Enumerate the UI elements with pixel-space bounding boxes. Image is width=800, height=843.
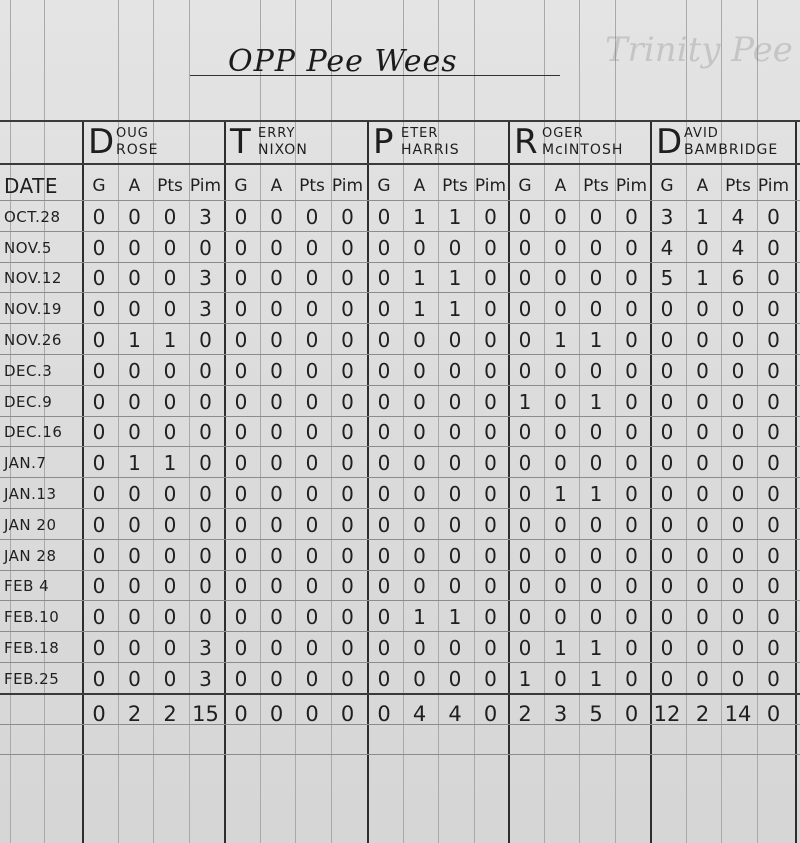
stat-cell: 0 bbox=[650, 294, 684, 324]
column-divider bbox=[795, 120, 797, 843]
stat-cell: 0 bbox=[403, 356, 437, 386]
name-initial: D bbox=[656, 124, 682, 160]
stat-cell: 0 bbox=[403, 387, 437, 417]
stat-cell: 0 bbox=[650, 448, 684, 478]
stat-cell: 0 bbox=[757, 387, 791, 417]
game-date: FEB.25 bbox=[4, 664, 82, 694]
stat-cell: 0 bbox=[508, 510, 542, 540]
stat-cell: 0 bbox=[544, 602, 578, 632]
stat-cell: 0 bbox=[295, 479, 329, 509]
stat-cell: 0 bbox=[331, 387, 365, 417]
stat-cell: 0 bbox=[650, 387, 684, 417]
season-total: 0 bbox=[82, 699, 116, 729]
stat-cell: 0 bbox=[224, 633, 258, 663]
stat-cell: 0 bbox=[331, 325, 365, 355]
stat-cell: 3 bbox=[189, 202, 223, 232]
stat-cell: 0 bbox=[508, 541, 542, 571]
stat-cell: 0 bbox=[757, 571, 791, 601]
stat-cell: 0 bbox=[189, 387, 223, 417]
stat-cell: 0 bbox=[544, 202, 578, 232]
season-total: 15 bbox=[189, 699, 223, 729]
stat-cell: 0 bbox=[260, 448, 294, 478]
stat-header-a: A bbox=[260, 171, 294, 201]
stat-cell: 1 bbox=[438, 263, 472, 293]
stat-cell: 0 bbox=[474, 263, 508, 293]
name-line-1: OGER bbox=[542, 126, 584, 141]
stat-cell: 0 bbox=[508, 294, 542, 324]
stat-cell: 0 bbox=[224, 510, 258, 540]
stat-cell: 0 bbox=[544, 510, 578, 540]
stat-header-g: G bbox=[650, 171, 684, 201]
game-date: DEC.16 bbox=[4, 417, 82, 447]
stat-cell: 0 bbox=[153, 263, 187, 293]
stat-cell: 0 bbox=[438, 417, 472, 447]
stat-cell: 0 bbox=[331, 664, 365, 694]
stat-cell: 1 bbox=[118, 325, 152, 355]
stat-cell: 0 bbox=[189, 356, 223, 386]
season-total: 0 bbox=[295, 699, 329, 729]
stat-cell: 0 bbox=[189, 510, 223, 540]
stat-cell: 0 bbox=[153, 571, 187, 601]
stat-cell: 0 bbox=[508, 202, 542, 232]
stat-cell: 0 bbox=[82, 510, 116, 540]
stat-cell: 0 bbox=[721, 294, 755, 324]
stat-cell: 1 bbox=[544, 633, 578, 663]
stat-cell: 0 bbox=[403, 325, 437, 355]
stat-cell: 0 bbox=[403, 664, 437, 694]
stat-cell: 0 bbox=[474, 448, 508, 478]
stat-cell: 0 bbox=[331, 202, 365, 232]
player-name-peter-harris: PETERHARRIS bbox=[367, 124, 509, 162]
stat-cell: 0 bbox=[403, 417, 437, 447]
stat-cell: 0 bbox=[615, 294, 649, 324]
stat-cell: 0 bbox=[367, 325, 401, 355]
stat-cell: 0 bbox=[615, 571, 649, 601]
stat-cell: 0 bbox=[615, 202, 649, 232]
stat-cell: 0 bbox=[118, 571, 152, 601]
stat-cell: 0 bbox=[757, 233, 791, 263]
season-total: 2 bbox=[686, 699, 720, 729]
stat-cell: 0 bbox=[686, 387, 720, 417]
stat-cell: 0 bbox=[721, 510, 755, 540]
stat-cell: 0 bbox=[686, 479, 720, 509]
stat-cell: 0 bbox=[260, 479, 294, 509]
stat-cell: 0 bbox=[438, 571, 472, 601]
stat-cell: 0 bbox=[615, 387, 649, 417]
stat-cell: 0 bbox=[118, 417, 152, 447]
season-total: 0 bbox=[260, 699, 294, 729]
stat-header-g: G bbox=[367, 171, 401, 201]
stat-cell: 0 bbox=[260, 325, 294, 355]
stat-cell: 0 bbox=[224, 325, 258, 355]
season-total: 0 bbox=[224, 699, 258, 729]
name-line-2: HARRIS bbox=[401, 142, 460, 158]
season-total: 0 bbox=[331, 699, 365, 729]
stat-cell: 0 bbox=[438, 325, 472, 355]
stat-cell: 0 bbox=[82, 387, 116, 417]
stat-cell: 0 bbox=[367, 417, 401, 447]
stat-cell: 0 bbox=[260, 202, 294, 232]
stat-cell: 0 bbox=[295, 448, 329, 478]
stat-cell: 0 bbox=[331, 448, 365, 478]
season-total: 2 bbox=[153, 699, 187, 729]
stat-cell: 0 bbox=[153, 387, 187, 417]
stat-cell: 0 bbox=[367, 510, 401, 540]
stat-cell: 0 bbox=[82, 325, 116, 355]
stat-cell: 0 bbox=[189, 233, 223, 263]
stat-cell: 0 bbox=[295, 602, 329, 632]
stat-header-pim: Pim bbox=[189, 171, 223, 201]
stat-cell: 0 bbox=[367, 294, 401, 324]
game-date: FEB.10 bbox=[4, 602, 82, 632]
stat-cell: 0 bbox=[757, 325, 791, 355]
stat-cell: 0 bbox=[118, 541, 152, 571]
stat-cell: 3 bbox=[189, 263, 223, 293]
stat-cell: 0 bbox=[403, 510, 437, 540]
player-name-roger-mcintosh: ROGERMcINTOSH bbox=[508, 124, 650, 162]
stat-cell: 0 bbox=[331, 541, 365, 571]
stat-cell: 1 bbox=[403, 202, 437, 232]
stat-cell: 0 bbox=[118, 633, 152, 663]
name-line-2: ROSE bbox=[116, 142, 158, 158]
stat-cell: 0 bbox=[757, 633, 791, 663]
game-date: DEC.9 bbox=[4, 387, 82, 417]
stat-cell: 0 bbox=[615, 664, 649, 694]
stat-header-pim: Pim bbox=[615, 171, 649, 201]
name-line-1: ERRY bbox=[258, 126, 295, 141]
name-initial: D bbox=[88, 124, 114, 160]
stat-cell: 1 bbox=[579, 664, 613, 694]
stat-cell: 0 bbox=[153, 202, 187, 232]
stat-cell: 0 bbox=[508, 633, 542, 663]
stat-cell: 0 bbox=[82, 233, 116, 263]
stat-cell: 0 bbox=[367, 664, 401, 694]
stat-cell: 0 bbox=[650, 479, 684, 509]
stat-cell: 1 bbox=[579, 387, 613, 417]
stat-cell: 0 bbox=[544, 356, 578, 386]
game-date: OCT.28 bbox=[4, 202, 82, 232]
season-total: 3 bbox=[544, 699, 578, 729]
stat-header-a: A bbox=[686, 171, 720, 201]
stat-cell: 0 bbox=[650, 356, 684, 386]
player-name-terry-nixon: TERRYNIXON bbox=[224, 124, 366, 162]
stat-cell: 0 bbox=[224, 417, 258, 447]
stat-cell: 1 bbox=[686, 202, 720, 232]
game-date: JAN.13 bbox=[4, 479, 82, 509]
bleed-through-text: Trinity Pee bbox=[605, 30, 793, 70]
stat-cell: 1 bbox=[403, 294, 437, 324]
stat-cell: 0 bbox=[224, 294, 258, 324]
stat-cell: 0 bbox=[82, 541, 116, 571]
name-line-1: OUG bbox=[116, 126, 149, 141]
stat-cell: 0 bbox=[260, 664, 294, 694]
stat-cell: 0 bbox=[295, 325, 329, 355]
stat-cell: 0 bbox=[403, 448, 437, 478]
stat-cell: 0 bbox=[474, 294, 508, 324]
stat-header-pim: Pim bbox=[757, 171, 791, 201]
season-total: 12 bbox=[650, 699, 684, 729]
stat-cell: 0 bbox=[650, 541, 684, 571]
stat-cell: 0 bbox=[686, 633, 720, 663]
stat-cell: 0 bbox=[224, 571, 258, 601]
stat-cell: 0 bbox=[153, 510, 187, 540]
stat-header-a: A bbox=[403, 171, 437, 201]
stat-cell: 0 bbox=[508, 263, 542, 293]
stat-cell: 0 bbox=[153, 633, 187, 663]
stat-header-pts: Pts bbox=[438, 171, 472, 201]
stat-cell: 0 bbox=[331, 233, 365, 263]
stat-cell: 0 bbox=[721, 325, 755, 355]
stat-cell: 0 bbox=[260, 602, 294, 632]
stat-header-pts: Pts bbox=[579, 171, 613, 201]
stat-cell: 0 bbox=[544, 417, 578, 447]
stat-cell: 0 bbox=[508, 602, 542, 632]
stat-cell: 6 bbox=[721, 263, 755, 293]
stat-cell: 0 bbox=[721, 541, 755, 571]
game-date: JAN 28 bbox=[4, 541, 82, 571]
stat-cell: 0 bbox=[224, 448, 258, 478]
stat-cell: 0 bbox=[544, 571, 578, 601]
stat-cell: 0 bbox=[153, 541, 187, 571]
stat-cell: 0 bbox=[295, 633, 329, 663]
name-line-2: NIXON bbox=[258, 142, 308, 158]
stat-header-pts: Pts bbox=[295, 171, 329, 201]
stat-cell: 0 bbox=[721, 602, 755, 632]
stat-cell: 0 bbox=[721, 479, 755, 509]
stat-cell: 0 bbox=[474, 233, 508, 263]
game-date: JAN.7 bbox=[4, 448, 82, 478]
stat-cell: 0 bbox=[579, 356, 613, 386]
stat-cell: 0 bbox=[650, 510, 684, 540]
stat-cell: 0 bbox=[615, 356, 649, 386]
stat-cell: 0 bbox=[82, 571, 116, 601]
stat-cell: 0 bbox=[260, 510, 294, 540]
stat-cell: 1 bbox=[153, 325, 187, 355]
stat-cell: 0 bbox=[295, 387, 329, 417]
row-line bbox=[0, 163, 800, 165]
stat-cell: 0 bbox=[650, 633, 684, 663]
stat-cell: 0 bbox=[224, 541, 258, 571]
season-total: 0 bbox=[367, 699, 401, 729]
name-line-2: BAMBRIDGE bbox=[684, 142, 778, 158]
season-total: 2 bbox=[118, 699, 152, 729]
stat-cell: 0 bbox=[295, 294, 329, 324]
stat-cell: 0 bbox=[438, 448, 472, 478]
title-underline bbox=[190, 75, 560, 76]
stat-cell: 0 bbox=[615, 263, 649, 293]
stat-cell: 0 bbox=[474, 602, 508, 632]
stat-cell: 0 bbox=[544, 294, 578, 324]
game-date: NOV.19 bbox=[4, 294, 82, 324]
scoresheet-page: Trinity Pee OPP Pee Wees DOUGROSETERRYNI… bbox=[0, 0, 800, 843]
stat-cell: 0 bbox=[474, 571, 508, 601]
stat-cell: 0 bbox=[438, 510, 472, 540]
stat-cell: 0 bbox=[260, 633, 294, 663]
stat-cell: 0 bbox=[260, 541, 294, 571]
stat-cell: 0 bbox=[295, 571, 329, 601]
stat-cell: 0 bbox=[224, 602, 258, 632]
stat-cell: 4 bbox=[721, 233, 755, 263]
stat-cell: 0 bbox=[118, 510, 152, 540]
stat-cell: 0 bbox=[118, 479, 152, 509]
stat-cell: 0 bbox=[686, 510, 720, 540]
stat-header-g: G bbox=[224, 171, 258, 201]
season-total: 0 bbox=[615, 699, 649, 729]
stat-cell: 0 bbox=[579, 448, 613, 478]
season-total: 4 bbox=[403, 699, 437, 729]
name-line-2: McINTOSH bbox=[542, 142, 623, 158]
stat-cell: 1 bbox=[403, 263, 437, 293]
game-date: NOV.26 bbox=[4, 325, 82, 355]
sheet-title: OPP Pee Wees bbox=[228, 44, 458, 79]
stat-cell: 0 bbox=[757, 417, 791, 447]
stat-cell: 0 bbox=[474, 325, 508, 355]
stat-header-pim: Pim bbox=[474, 171, 508, 201]
stat-cell: 0 bbox=[508, 356, 542, 386]
stat-cell: 0 bbox=[367, 602, 401, 632]
stat-cell: 0 bbox=[224, 479, 258, 509]
stat-cell: 0 bbox=[579, 571, 613, 601]
stat-cell: 0 bbox=[295, 356, 329, 386]
stat-cell: 0 bbox=[615, 633, 649, 663]
stat-cell: 0 bbox=[331, 571, 365, 601]
stat-cell: 0 bbox=[757, 602, 791, 632]
stat-cell: 0 bbox=[721, 571, 755, 601]
stat-cell: 0 bbox=[615, 325, 649, 355]
stat-cell: 0 bbox=[331, 356, 365, 386]
game-date: NOV.5 bbox=[4, 233, 82, 263]
stat-cell: 0 bbox=[615, 510, 649, 540]
stat-cell: 0 bbox=[544, 263, 578, 293]
stat-cell: 0 bbox=[474, 417, 508, 447]
stat-cell: 0 bbox=[367, 479, 401, 509]
stat-cell: 0 bbox=[544, 233, 578, 263]
game-date: FEB 4 bbox=[4, 571, 82, 601]
stat-cell: 0 bbox=[118, 356, 152, 386]
stat-cell: 0 bbox=[757, 664, 791, 694]
stat-header-a: A bbox=[544, 171, 578, 201]
stat-cell: 0 bbox=[367, 387, 401, 417]
stat-cell: 0 bbox=[474, 633, 508, 663]
stat-cell: 1 bbox=[438, 294, 472, 324]
stat-cell: 0 bbox=[403, 479, 437, 509]
season-total: 14 bbox=[721, 699, 755, 729]
season-total: 5 bbox=[579, 699, 613, 729]
stat-cell: 1 bbox=[579, 633, 613, 663]
stat-cell: 0 bbox=[189, 325, 223, 355]
stat-cell: 0 bbox=[474, 387, 508, 417]
stat-cell: 0 bbox=[615, 448, 649, 478]
stat-cell: 0 bbox=[295, 510, 329, 540]
game-date: NOV.12 bbox=[4, 263, 82, 293]
stat-cell: 0 bbox=[686, 294, 720, 324]
stat-cell: 3 bbox=[189, 664, 223, 694]
stat-cell: 0 bbox=[367, 571, 401, 601]
stat-cell: 0 bbox=[474, 479, 508, 509]
game-date: JAN 20 bbox=[4, 510, 82, 540]
stat-cell: 0 bbox=[189, 571, 223, 601]
stat-cell: 0 bbox=[615, 417, 649, 447]
stat-cell: 0 bbox=[224, 263, 258, 293]
stat-cell: 5 bbox=[650, 263, 684, 293]
stat-cell: 0 bbox=[686, 602, 720, 632]
stat-cell: 0 bbox=[579, 602, 613, 632]
stat-cell: 0 bbox=[260, 233, 294, 263]
stat-cell: 1 bbox=[508, 387, 542, 417]
stat-cell: 0 bbox=[295, 233, 329, 263]
stat-cell: 0 bbox=[544, 664, 578, 694]
stat-cell: 1 bbox=[438, 202, 472, 232]
stat-cell: 0 bbox=[153, 602, 187, 632]
stat-cell: 0 bbox=[189, 479, 223, 509]
stat-cell: 3 bbox=[650, 202, 684, 232]
stat-cell: 0 bbox=[189, 417, 223, 447]
stat-cell: 0 bbox=[295, 263, 329, 293]
stat-cell: 1 bbox=[544, 479, 578, 509]
row-line bbox=[0, 754, 800, 755]
stat-cell: 1 bbox=[118, 448, 152, 478]
stat-cell: 0 bbox=[650, 664, 684, 694]
stat-cell: 0 bbox=[721, 448, 755, 478]
stat-cell: 0 bbox=[650, 602, 684, 632]
stat-cell: 0 bbox=[153, 233, 187, 263]
stat-cell: 0 bbox=[757, 294, 791, 324]
stat-cell: 0 bbox=[331, 417, 365, 447]
stat-cell: 3 bbox=[189, 633, 223, 663]
season-total: 0 bbox=[757, 699, 791, 729]
stat-cell: 0 bbox=[757, 541, 791, 571]
stat-cell: 0 bbox=[403, 633, 437, 663]
stat-cell: 0 bbox=[757, 510, 791, 540]
stat-cell: 0 bbox=[650, 571, 684, 601]
stat-header-a: A bbox=[118, 171, 152, 201]
stat-cell: 0 bbox=[331, 633, 365, 663]
stat-cell: 1 bbox=[686, 263, 720, 293]
stat-cell: 0 bbox=[650, 417, 684, 447]
stat-cell: 0 bbox=[118, 294, 152, 324]
stat-cell: 0 bbox=[579, 263, 613, 293]
stat-cell: 0 bbox=[331, 510, 365, 540]
stat-cell: 0 bbox=[189, 541, 223, 571]
stat-cell: 0 bbox=[295, 417, 329, 447]
stat-cell: 1 bbox=[403, 602, 437, 632]
stat-cell: 0 bbox=[367, 233, 401, 263]
stat-cell: 0 bbox=[474, 202, 508, 232]
stat-cell: 0 bbox=[544, 541, 578, 571]
stat-cell: 0 bbox=[686, 233, 720, 263]
name-line-1: ETER bbox=[401, 126, 438, 141]
stat-cell: 0 bbox=[331, 263, 365, 293]
player-name-david-bambridge: DAVIDBAMBRIDGE bbox=[650, 124, 792, 162]
stat-cell: 0 bbox=[403, 233, 437, 263]
stat-cell: 0 bbox=[508, 233, 542, 263]
stat-cell: 0 bbox=[295, 541, 329, 571]
stat-cell: 0 bbox=[650, 325, 684, 355]
stat-cell: 0 bbox=[295, 664, 329, 694]
stat-cell: 0 bbox=[474, 356, 508, 386]
stat-cell: 0 bbox=[615, 479, 649, 509]
game-date: FEB.18 bbox=[4, 633, 82, 663]
stat-cell: 0 bbox=[757, 202, 791, 232]
stat-cell: 0 bbox=[118, 664, 152, 694]
game-date: DEC.3 bbox=[4, 356, 82, 386]
stat-header-g: G bbox=[82, 171, 116, 201]
stat-cell: 0 bbox=[438, 541, 472, 571]
stat-cell: 0 bbox=[118, 387, 152, 417]
stat-cell: 0 bbox=[153, 417, 187, 447]
stat-cell: 0 bbox=[153, 479, 187, 509]
stat-header-pts: Pts bbox=[721, 171, 755, 201]
